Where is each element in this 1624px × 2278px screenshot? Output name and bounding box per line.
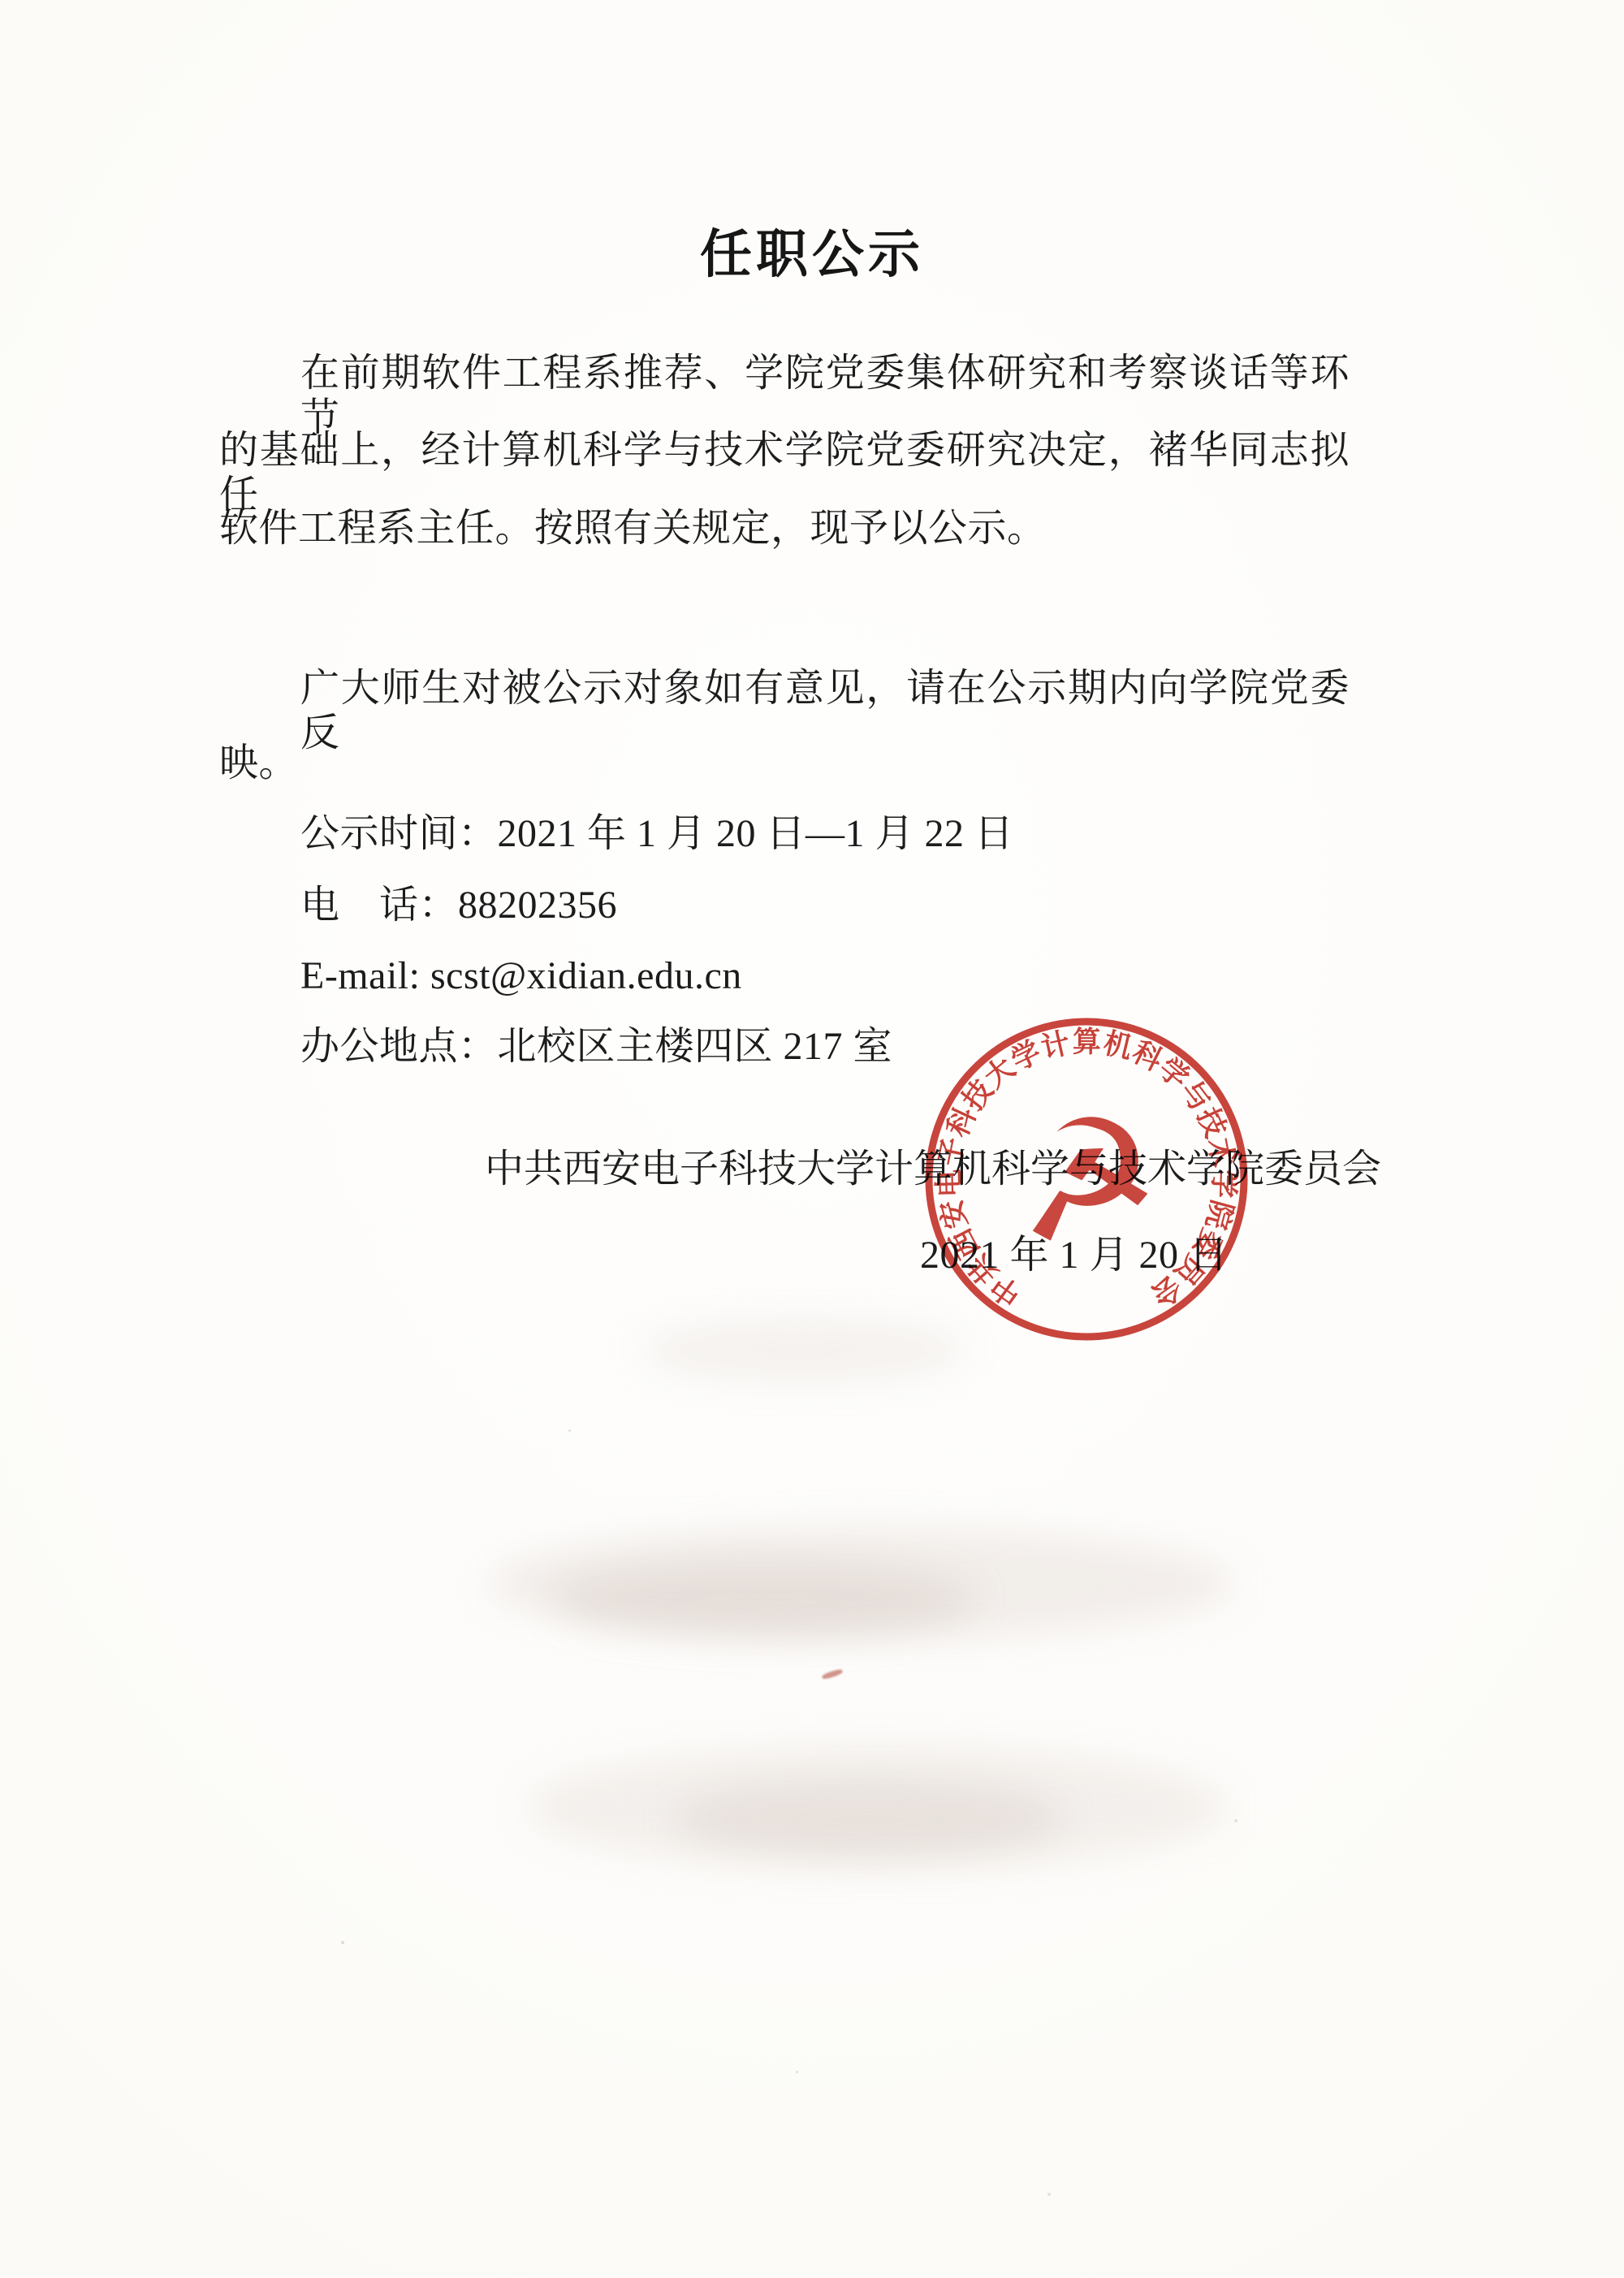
- scan-smudge-lower-band: [528, 1746, 1226, 1868]
- paragraph1-line1: 在前期软件工程系推荐、学院党委集体研究和考察谈话等环节: [300, 351, 1350, 440]
- paper-speck: [1234, 1819, 1237, 1822]
- scanned-document-page: 任职公示 在前期软件工程系推荐、学院党委集体研究和考察谈话等环节 的基础上，经计…: [0, 0, 1624, 2278]
- paragraph1-line3: 软件工程系主任。按照有关规定，现予以公示。: [219, 506, 1047, 551]
- paper-speck: [1047, 2193, 1051, 2196]
- paper-speck: [796, 2071, 798, 2073]
- paper-speck: [341, 1941, 344, 1944]
- info-line-office-location: 办公地点：北校区主楼四区 217 室: [300, 1024, 892, 1069]
- scan-smudge-lower-core: [674, 1783, 1064, 1856]
- paper-speck: [568, 1429, 571, 1432]
- paragraph1-line2: 的基础上，经计算机科学与技术学院党委研究决定，褚华同志拟任: [219, 428, 1350, 517]
- info-line-phone: 电 话：88202356: [300, 883, 617, 927]
- scan-smudge-middle-band: [487, 1527, 1234, 1640]
- paragraph2-line2: 映。: [219, 741, 298, 785]
- info-line-public-period: 公示时间：2021 年 1 月 20 日—1 月 22 日: [300, 811, 1014, 856]
- official-seal-stamp: 中共西安电子科技大学计算机科学与技术学院委员会 ☭: [903, 996, 1269, 1362]
- page-title: 任职公示: [0, 213, 1624, 287]
- hammer-sickle-emblem-icon: ☭: [1004, 1078, 1170, 1283]
- paragraph2-line1: 广大师生对被公示对象如有意见，请在公示期内向学院党委反: [300, 666, 1350, 755]
- scan-smudge-middle-core: [552, 1563, 974, 1636]
- scan-red-speck: [822, 1668, 844, 1680]
- info-line-email: E-mail: scst@xidian.edu.cn: [300, 953, 742, 998]
